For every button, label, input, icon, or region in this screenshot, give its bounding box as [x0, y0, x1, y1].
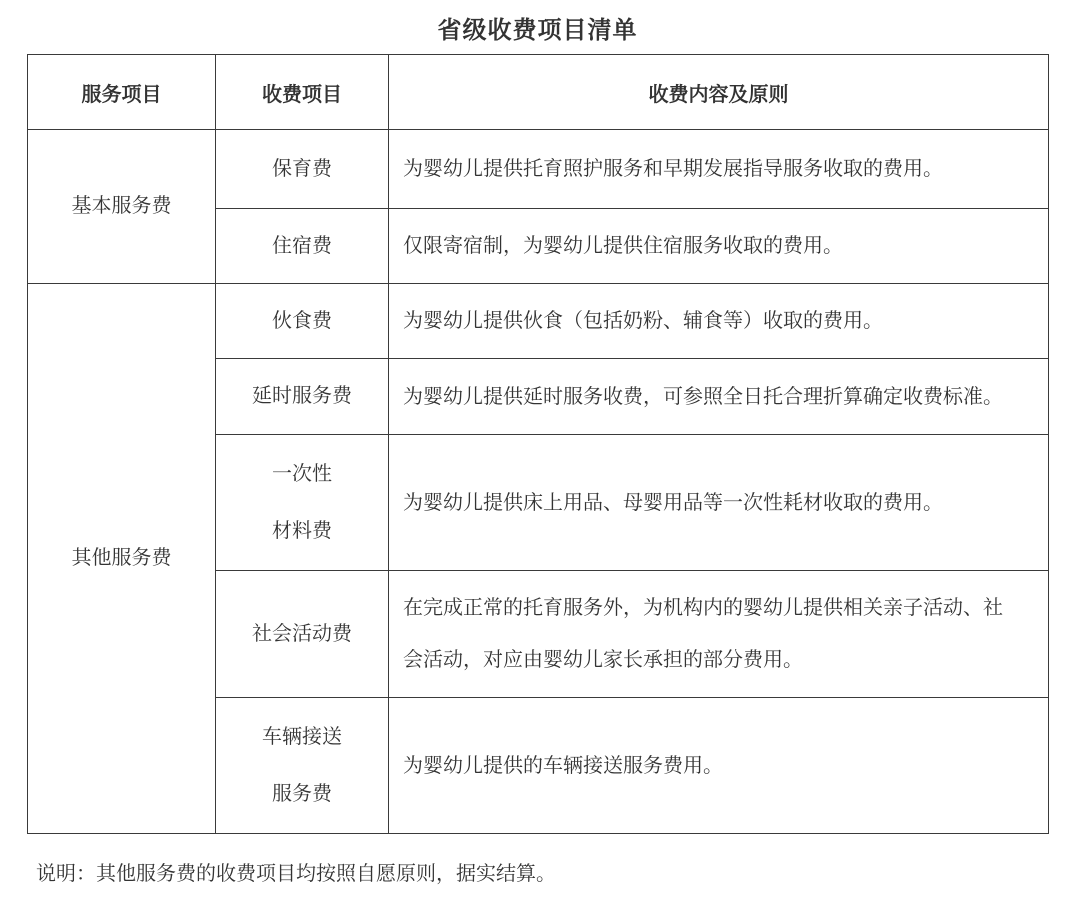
document-page: 省级收费项目清单 服务项目 收费项目 收费内容及原则 基本服务费 保育费 为婴幼…	[0, 0, 1080, 903]
cell-fee-item: 车辆接送 服务费	[216, 698, 389, 834]
cell-fee-item: 延时服务费	[216, 359, 389, 435]
header-service-item: 服务项目	[28, 55, 216, 130]
footnote: 说明：其他服务费的收费项目均按照自愿原则，据实结算。	[36, 860, 556, 888]
cell-fee-item: 一次性 材料费	[216, 435, 389, 571]
cell-service-group-other: 其他服务费	[28, 284, 216, 834]
cell-fee-item: 伙食费	[216, 284, 389, 359]
cell-fee-content: 在完成正常的托育服务外，为机构内的婴幼儿提供相关亲子活动、社 会活动，对应由婴幼…	[389, 571, 1049, 698]
cell-fee-content: 为婴幼儿提供伙食（包括奶粉、辅食等）收取的费用。	[389, 284, 1049, 359]
page-title: 省级收费项目清单	[27, 10, 1048, 45]
cell-fee-content: 为婴幼儿提供延时服务收费，可参照全日托合理折算确定收费标准。	[389, 359, 1049, 435]
table-row: 其他服务费 伙食费 为婴幼儿提供伙食（包括奶粉、辅食等）收取的费用。	[28, 284, 1049, 359]
cell-service-group-basic: 基本服务费	[28, 130, 216, 284]
header-fee-content: 收费内容及原则	[389, 55, 1049, 130]
table-header-row: 服务项目 收费项目 收费内容及原则	[28, 55, 1049, 130]
cell-fee-content: 为婴幼儿提供托育照护服务和早期发展指导服务收取的费用。	[389, 130, 1049, 209]
fees-table: 服务项目 收费项目 收费内容及原则 基本服务费 保育费 为婴幼儿提供托育照护服务…	[27, 54, 1049, 834]
cell-fee-item: 社会活动费	[216, 571, 389, 698]
cell-fee-content: 为婴幼儿提供的车辆接送服务费用。	[389, 698, 1049, 834]
cell-fee-content: 为婴幼儿提供床上用品、母婴用品等一次性耗材收取的费用。	[389, 435, 1049, 571]
table-row: 基本服务费 保育费 为婴幼儿提供托育照护服务和早期发展指导服务收取的费用。	[28, 130, 1049, 209]
cell-fee-content: 仅限寄宿制，为婴幼儿提供住宿服务收取的费用。	[389, 209, 1049, 284]
cell-fee-item: 住宿费	[216, 209, 389, 284]
header-fee-item: 收费项目	[216, 55, 389, 130]
cell-fee-item: 保育费	[216, 130, 389, 209]
